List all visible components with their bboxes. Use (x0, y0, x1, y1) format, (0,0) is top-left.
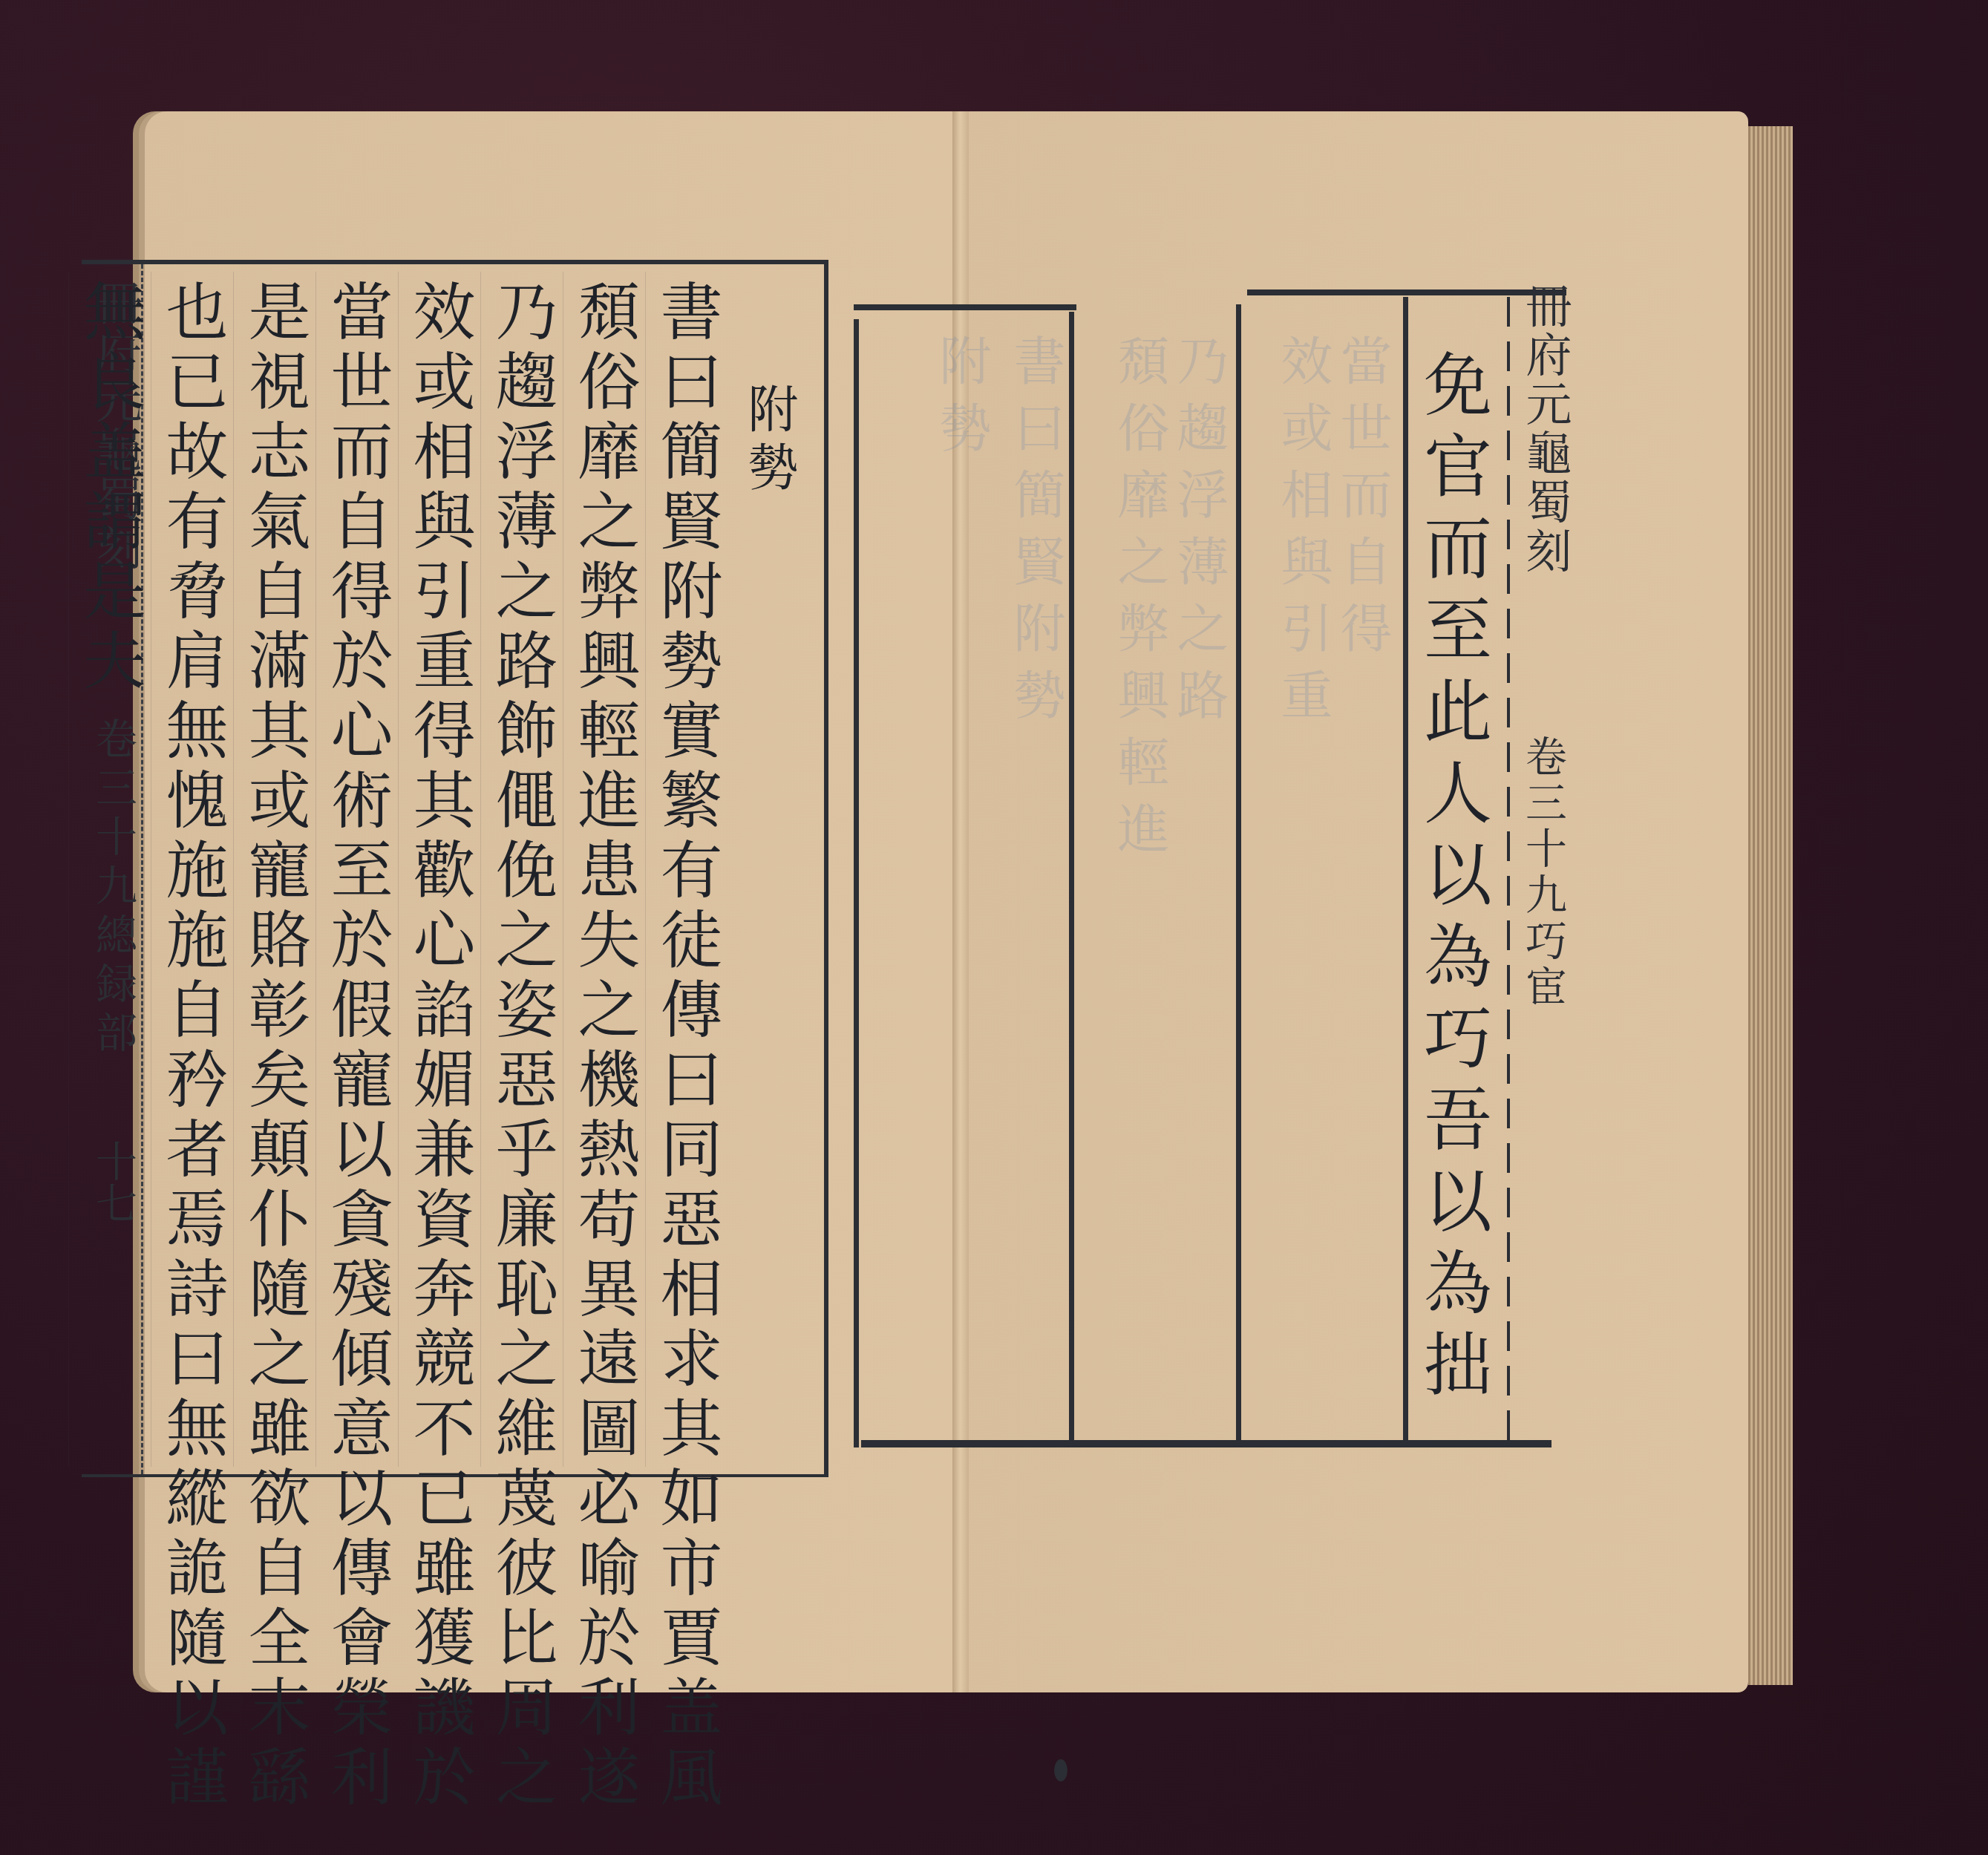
right-fore-edge (1748, 126, 1793, 1685)
text-column: 書曰簡賢附勢實繁有徒傳曰同惡相求其如市賈盖風 (645, 272, 727, 1467)
bleed-through-text: 效或相與引重 (1277, 334, 1329, 735)
column-rule (854, 319, 859, 1447)
bleed-through-text: 頹俗靡之弊興輕進 (1114, 334, 1165, 868)
bleed-through-text: 附勢 (935, 334, 987, 468)
text-column: 也已故有脅肩無愧施施自矜者焉詩曰無縱詭隨以謹 (151, 272, 233, 1467)
text-column: 效或相與引重得其歡心諂媚兼資奔競不已雖獲譏於 (398, 272, 480, 1467)
top-rule-left (854, 304, 1076, 310)
ink-blot (1054, 1759, 1067, 1782)
text-column: 頹俗靡之弊興輕進患失之機熱苟異遠圖必喻於利遂 (563, 272, 645, 1467)
bleed-through-text: 當世而自得 (1336, 334, 1388, 668)
right-text-column: 免官而至此人以為巧吾以為拙 (1418, 349, 1486, 1410)
left-text-body: 附勢 書曰簡賢附勢實繁有徒傳曰同惡相求其如市賈盖風 頹俗靡之弊興輕進患失之機熱苟… (152, 272, 809, 1467)
column-rule (1403, 297, 1408, 1447)
text-column: 當世而自得於心術至於假寵以貪殘傾意以傳會榮利 (315, 272, 398, 1467)
bleed-through-text: 乃趨浮薄之路 (1173, 334, 1225, 735)
bottom-rule (861, 1440, 1552, 1447)
right-banxin-volume-label: 卷三十九巧宦 (1522, 735, 1563, 1011)
text-column: 乃趨浮薄之路飾僶俛之姿惡乎廉恥之維蔑彼比周之 (480, 272, 563, 1467)
bleed-through-text: 書曰簡賢附勢 (1010, 334, 1062, 735)
text-column: 無良盖謂是夫 (68, 272, 151, 1467)
right-page-frame: 附勢 書曰簡賢附勢 頹俗靡之弊興輕進 乃趨浮薄之路 效或相與引重 當世而自得 免… (846, 275, 1566, 1447)
column-rule (1069, 312, 1074, 1447)
right-banxin-title: 冊府元龜蜀刻 (1522, 282, 1568, 576)
banxin-rule (1507, 297, 1510, 1447)
left-page-frame: 冊府元龜蜀刻 卷三十九總録部 十七 附勢 書曰簡賢附勢實繁有徒傳曰同惡相求其如市… (82, 260, 828, 1477)
column-rule (1236, 304, 1241, 1447)
text-column: 是視志氣自滿其或寵賂彰矣顛仆隨之雖欲自全末繇 (233, 272, 315, 1467)
section-heading: 附勢 (727, 272, 809, 1467)
